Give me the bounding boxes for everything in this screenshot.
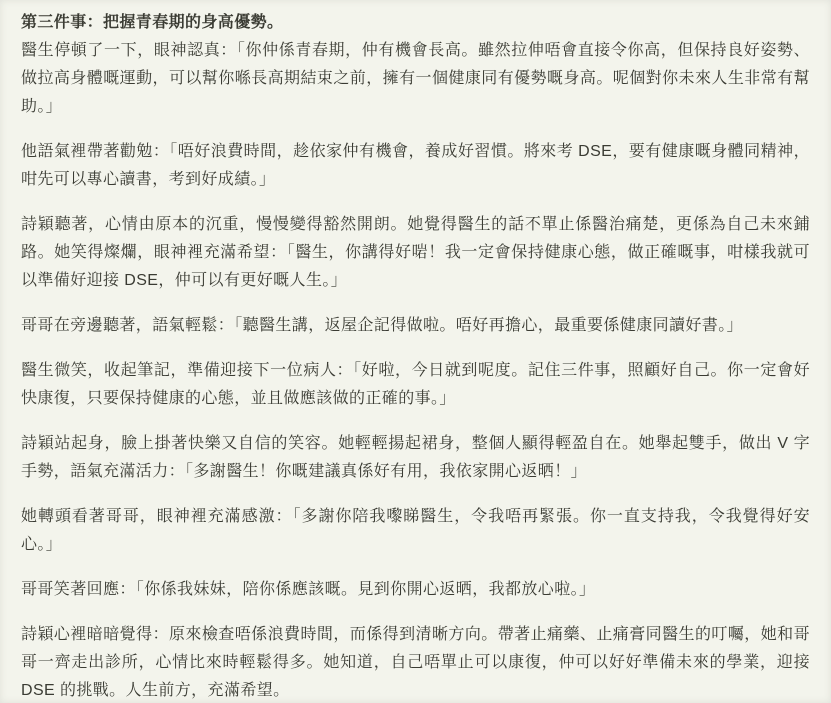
paragraph-doctor-closing: 醫生微笑，收起筆記，準備迎接下一位病人：「好啦，今日就到呢度。記住三件事，照顧好… [21,357,810,413]
section-heading: 第三件事：把握青春期的身高優勢。 [21,9,810,37]
paragraph-sze-wing-thanks-doctor: 詩穎站起身，臉上掛著快樂又自信的笑容。她輕輕揚起裙身，整個人顯得輕盈自在。她舉起… [21,430,810,486]
paragraph-brother-comment: 哥哥在旁邊聽著，語氣輕鬆：「聽醫生講，返屋企記得做啦。唔好再擔心，最重要係健康同… [21,312,810,340]
paragraph-doctor-advice: 醫生停頓了一下，眼神認真：「你仲係青春期，仲有機會長高。雖然拉伸唔會直接令你高，… [21,37,810,121]
paragraph-brother-reply: 哥哥笑著回應：「你係我妹妹，陪你係應該嘅。見到你開心返晒，我都放心啦。」 [21,576,810,604]
document-page: 第三件事：把握青春期的身高優勢。 醫生停頓了一下，眼神認真：「你仲係青春期，仲有… [0,0,831,703]
paragraph-conclusion: 詩穎心裡暗暗覺得：原來檢查唔係浪費時間，而係得到清晰方向。帶著止痛藥、止痛膏同醫… [21,621,810,703]
paragraph-sze-wing-response: 詩穎聽著，心情由原本的沉重，慢慢變得豁然開朗。她覺得醫生的話不單止係醫治痛楚，更… [21,211,810,295]
paragraph-doctor-encouragement: 他語氣裡帶著勸勉：「唔好浪費時間，趁依家仲有機會，養成好習慣。將來考 DSE，要… [21,138,810,194]
paragraph-sze-wing-thanks-brother: 她轉頭看著哥哥，眼神裡充滿感激：「多謝你陪我嚟睇醫生，令我唔再緊張。你一直支持我… [21,503,810,559]
